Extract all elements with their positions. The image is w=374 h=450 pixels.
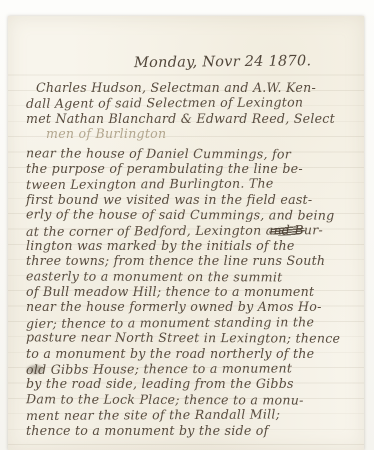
handwritten-line: near the house of Daniel Cummings, for [26, 145, 350, 162]
document-page: Monday, Novr 24 1870. Charles Hudson, Se… [8, 16, 364, 450]
handwritten-line-with-overwrite: old Gibbs House; thence to a monument [26, 360, 350, 377]
handwritten-line: near the house formerly owned by Amos Ho… [26, 299, 350, 314]
handwritten-line: ment near the site of the Randall Mill; [26, 406, 350, 423]
handwritten-line: to a monument by the road northerly of t… [26, 346, 350, 361]
handwritten-line: Charles Hudson, Selectman and A.W. Ken- [26, 80, 350, 95]
handwritten-line: pasture near North Street in Lexington; … [26, 330, 350, 347]
handwritten-line: by the road side, leading from the Gibbs [26, 376, 350, 391]
handwritten-line: of Bull meadow Hill; thence to a monumen… [26, 284, 350, 299]
body-paragraph: near the house of Daniel Cummings, for t… [26, 146, 350, 438]
handwritten-line: first bound we visited was in the field … [26, 192, 350, 207]
date-line: Monday, Novr 24 1870. [134, 53, 350, 71]
handwritten-line: lington was marked by the initials of th… [26, 238, 350, 253]
handwritten-line: thence to a monument by the side of [26, 423, 350, 438]
scan-background: Monday, Novr 24 1870. Charles Hudson, Se… [0, 0, 374, 450]
opening-paragraph: Charles Hudson, Selectman and A.W. Ken- … [26, 80, 350, 142]
handwritten-line: three towns; from thence the line runs S… [26, 253, 350, 268]
handwritten-line-with-strikeout: at the corner of Bedford, Lexington and … [26, 222, 350, 239]
handwritten-line: dall Agent of said Selectmen of Lexingto… [26, 95, 350, 112]
handwritten-line-faint: men of Burlington [26, 126, 350, 141]
handwritten-line: met Nathan Blanchard & Edward Reed, Sele… [26, 111, 350, 126]
handwritten-line: tween Lexington and Burlington. The [26, 175, 350, 192]
handwritten-line: the purpose of perambulating the line be… [26, 161, 350, 176]
handwritten-line: erly of the house of said Cummings, and … [26, 206, 350, 223]
handwritten-line: easterly to a monument on the summit [26, 268, 350, 285]
handwritten-text: old Gibbs House; thence to a monument [26, 360, 292, 377]
